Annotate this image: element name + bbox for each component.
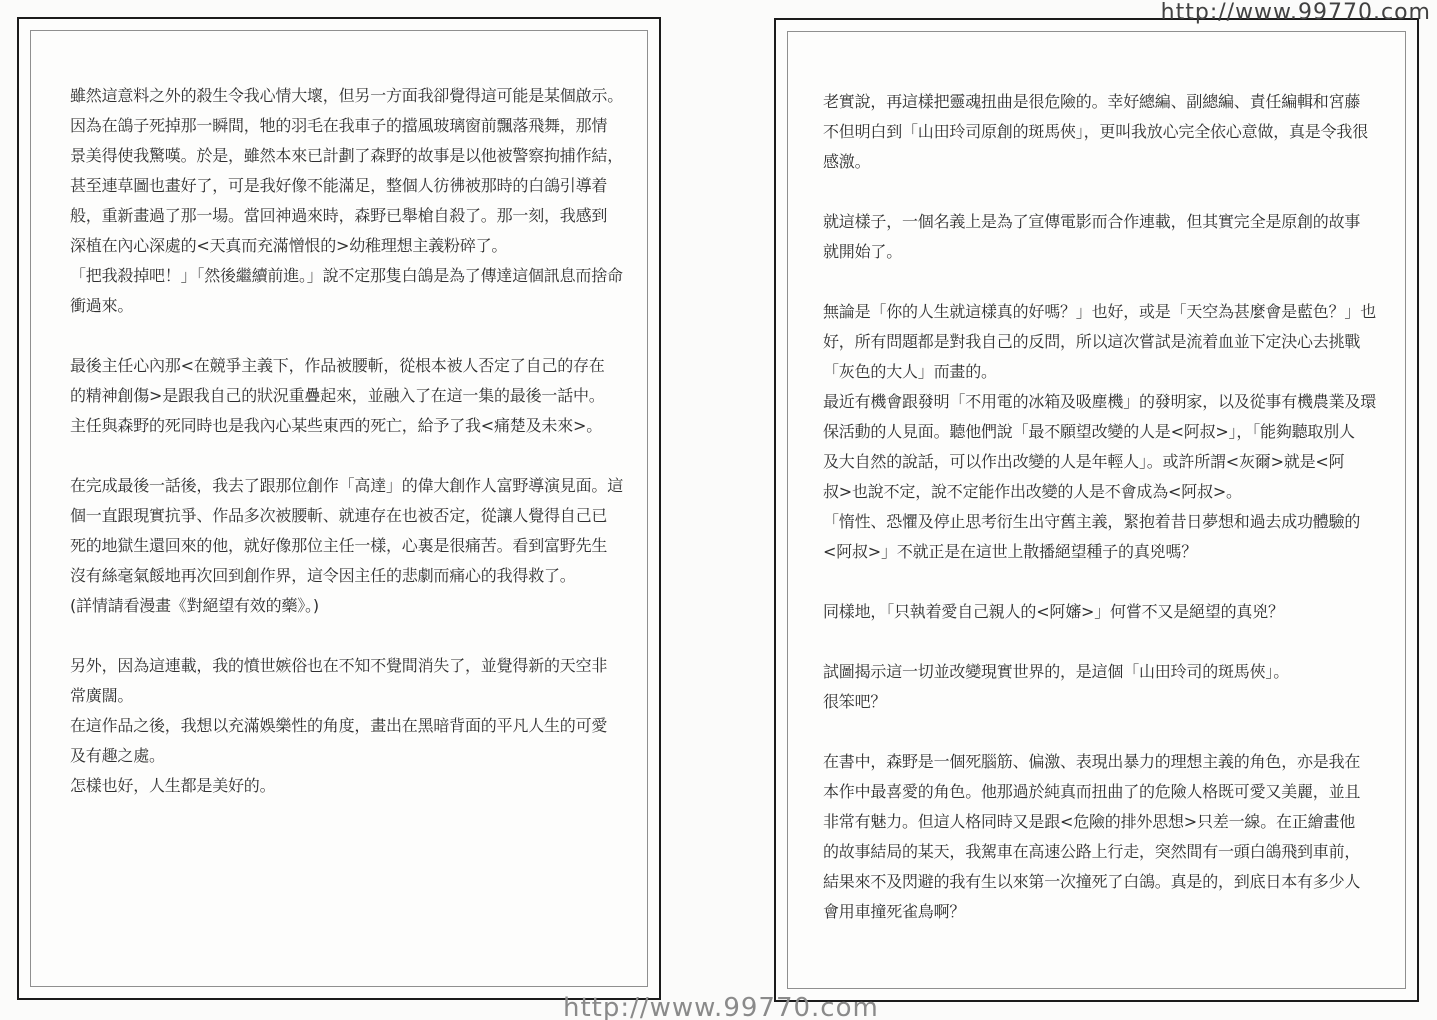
- text-line: 「把我殺掉吧！」「然後繼續前進。」說不定那隻白鴿是為了傳達這個訊息而捨命: [70, 261, 626, 291]
- text-line: 非常有魅力。但這人格同時又是跟<危險的排外思想>只差一線。在正繪畫他: [823, 807, 1379, 837]
- text-line: 的故事結局的某天，我駕車在高速公路上行走，突然間有一頭白鴿飛到車前，: [823, 837, 1379, 867]
- text-line: 在這作品之後，我想以充滿娛樂性的角度，畫出在黑暗背面的平凡人生的可愛: [70, 711, 626, 741]
- text-line: 般，重新畫過了那一場。當回神過來時，森野已舉槍自殺了。那一刻，我感到: [70, 201, 626, 231]
- text-line: 不但明白到「山田玲司原創的斑馬俠」，更叫我放心完全依心意做，真是令我很: [823, 117, 1379, 147]
- text-line: 雖然這意料之外的殺生令我心情大壞，但另一方面我卻覺得這可能是某個啟示。: [70, 81, 626, 111]
- text-line: 「灰色的大人」而畫的。: [823, 357, 1379, 387]
- text-line: 就這樣子，一個名義上是為了宣傳電影而合作連載，但其實完全是原創的故事: [823, 207, 1379, 237]
- text-line: (詳情請看漫畫《對絕望有效的藥》。): [70, 591, 626, 621]
- text-line: 及大自然的說話，可以作出改變的人是年輕人」。或許所謂<灰爾>就是<阿: [823, 447, 1379, 477]
- text-line: 死的地獄生還回來的他，就好像那位主任一樣，心裏是很痛苦。看到富野先生: [70, 531, 626, 561]
- watermark-url-bottom: http://www.99770.com: [563, 993, 879, 1020]
- paragraph-block: 就這樣子，一個名義上是為了宣傳電影而合作連載，但其實完全是原創的故事就開始了。: [823, 207, 1379, 267]
- text-line: 試圖揭示這一切並改變現實世界的，是這個「山田玲司的斑馬俠」。: [823, 657, 1379, 687]
- page-left: 雖然這意料之外的殺生令我心情大壞，但另一方面我卻覺得這可能是某個啟示。因為在鴿子…: [17, 17, 661, 1000]
- text-line: 就開始了。: [823, 237, 1379, 267]
- paragraph-block: 無論是「你的人生就這樣真的好嗎？」也好，或是「天空為甚麼會是藍色？」也好，所有問…: [823, 297, 1379, 567]
- text-line: 的精神創傷>是跟我自己的狀況重疊起來，並融入了在這一集的最後一話中。: [70, 381, 626, 411]
- text-line: 最近有機會跟發明「不用電的冰箱及吸塵機」的發明家，以及從事有機農業及環: [823, 387, 1379, 417]
- text-line: 感激。: [823, 147, 1379, 177]
- paragraph-block: 雖然這意料之外的殺生令我心情大壞，但另一方面我卻覺得這可能是某個啟示。因為在鴿子…: [70, 81, 626, 321]
- text-line: 深植在內心深處的<天真而充滿憎恨的>幼稚理想主義粉碎了。: [70, 231, 626, 261]
- text-line: 最後主任心內那<在競爭主義下，作品被腰斬，從根本被人否定了自己的存在: [70, 351, 626, 381]
- text-line: 另外，因為這連載，我的憤世嫉俗也在不知不覺間消失了，並覺得新的天空非: [70, 651, 626, 681]
- text-line: 及有趣之處。: [70, 741, 626, 771]
- page-right: 老實說，再這樣把靈魂扭曲是很危險的。幸好總編、副總編、責任編輯和宮藤不但明白到「…: [774, 18, 1419, 1002]
- text-line: 衝過來。: [70, 291, 626, 321]
- text-line: 常廣闊。: [70, 681, 626, 711]
- watermark-url-top: http://www.99770.com: [1161, 0, 1431, 25]
- text-line: 很笨吧？: [823, 687, 1379, 717]
- text-line: 沒有絲毫氣餒地再次回到創作界，這令因主任的悲劇而痛心的我得救了。: [70, 561, 626, 591]
- text-line: 因為在鴿子死掉那一瞬間，牠的羽毛在我車子的擋風玻璃窗前飄落飛舞，那情: [70, 111, 626, 141]
- text-line: 在書中，森野是一個死腦筋、偏激、表現出暴力的理想主義的角色，亦是我在: [823, 747, 1379, 777]
- paragraph-block: 試圖揭示這一切並改變現實世界的，是這個「山田玲司的斑馬俠」。很笨吧？: [823, 657, 1379, 717]
- paragraph-block: 同樣地，「只執着愛自己親人的<阿嬸>」何嘗不又是絕望的真兇？: [823, 597, 1379, 627]
- text-line: 會用車撞死雀鳥啊？: [823, 897, 1379, 927]
- text-line: 景美得使我驚嘆。於是，雖然本來已計劃了森野的故事是以他被警察拘捕作結，: [70, 141, 626, 171]
- paragraph-block: 最後主任心內那<在競爭主義下，作品被腰斬，從根本被人否定了自己的存在的精神創傷>…: [70, 351, 626, 441]
- text-line: 保活動的人見面。聽他們說「最不願望改變的人是<阿叔>」，「能夠聽取別人: [823, 417, 1379, 447]
- text-line: 個一直跟現實抗爭、作品多次被腰斬、就連存在也被否定，從讓人覺得自己已: [70, 501, 626, 531]
- text-line: 同樣地，「只執着愛自己親人的<阿嬸>」何嘗不又是絕望的真兇？: [823, 597, 1379, 627]
- text-line: 怎樣也好，人生都是美好的。: [70, 771, 626, 801]
- text-line: 老實說，再這樣把靈魂扭曲是很危險的。幸好總編、副總編、責任編輯和宮藤: [823, 87, 1379, 117]
- text-line: 在完成最後一話後，我去了跟那位創作「高達」的偉大創作人富野導演見面。這: [70, 471, 626, 501]
- paragraph-block: 老實說，再這樣把靈魂扭曲是很危險的。幸好總編、副總編、責任編輯和宮藤不但明白到「…: [823, 87, 1379, 177]
- paragraph-block: 在書中，森野是一個死腦筋、偏激、表現出暴力的理想主義的角色，亦是我在本作中最喜愛…: [823, 747, 1379, 927]
- text-line: 好，所有問題都是對我自己的反問，所以這次嘗試是流着血並下定決心去挑戰: [823, 327, 1379, 357]
- scanned-book-spread: http://www.99770.com 雖然這意料之外的殺生令我心情大壞，但另…: [0, 0, 1437, 1020]
- text-line: 無論是「你的人生就這樣真的好嗎？」也好，或是「天空為甚麼會是藍色？」也: [823, 297, 1379, 327]
- page-left-text: 雖然這意料之外的殺生令我心情大壞，但另一方面我卻覺得這可能是某個啟示。因為在鴿子…: [70, 81, 626, 801]
- text-line: 結果來不及閃避的我有生以來第一次撞死了白鴿。真是的，到底日本有多少人: [823, 867, 1379, 897]
- page-right-text: 老實說，再這樣把靈魂扭曲是很危險的。幸好總編、副總編、責任編輯和宮藤不但明白到「…: [823, 87, 1379, 927]
- text-line: <阿叔>」不就正是在這世上散播絕望種子的真兇嗎？: [823, 537, 1379, 567]
- text-line: 主任與森野的死同時也是我內心某些東西的死亡，給予了我<痛楚及未來>。: [70, 411, 626, 441]
- paragraph-block: 在完成最後一話後，我去了跟那位創作「高達」的偉大創作人富野導演見面。這個一直跟現…: [70, 471, 626, 621]
- text-line: 「惰性、恐懼及停止思考衍生出守舊主義，緊抱着昔日夢想和過去成功體驗的: [823, 507, 1379, 537]
- text-line: 甚至連草圖也畫好了，可是我好像不能滿足，整個人彷彿被那時的白鴿引導着: [70, 171, 626, 201]
- paragraph-block: 另外，因為這連載，我的憤世嫉俗也在不知不覺間消失了，並覺得新的天空非常廣闊。在這…: [70, 651, 626, 801]
- text-line: 叔>也說不定，說不定能作出改變的人是不會成為<阿叔>。: [823, 477, 1379, 507]
- text-line: 本作中最喜愛的角色。他那過於純真而扭曲了的危險人格既可愛又美麗，並且: [823, 777, 1379, 807]
